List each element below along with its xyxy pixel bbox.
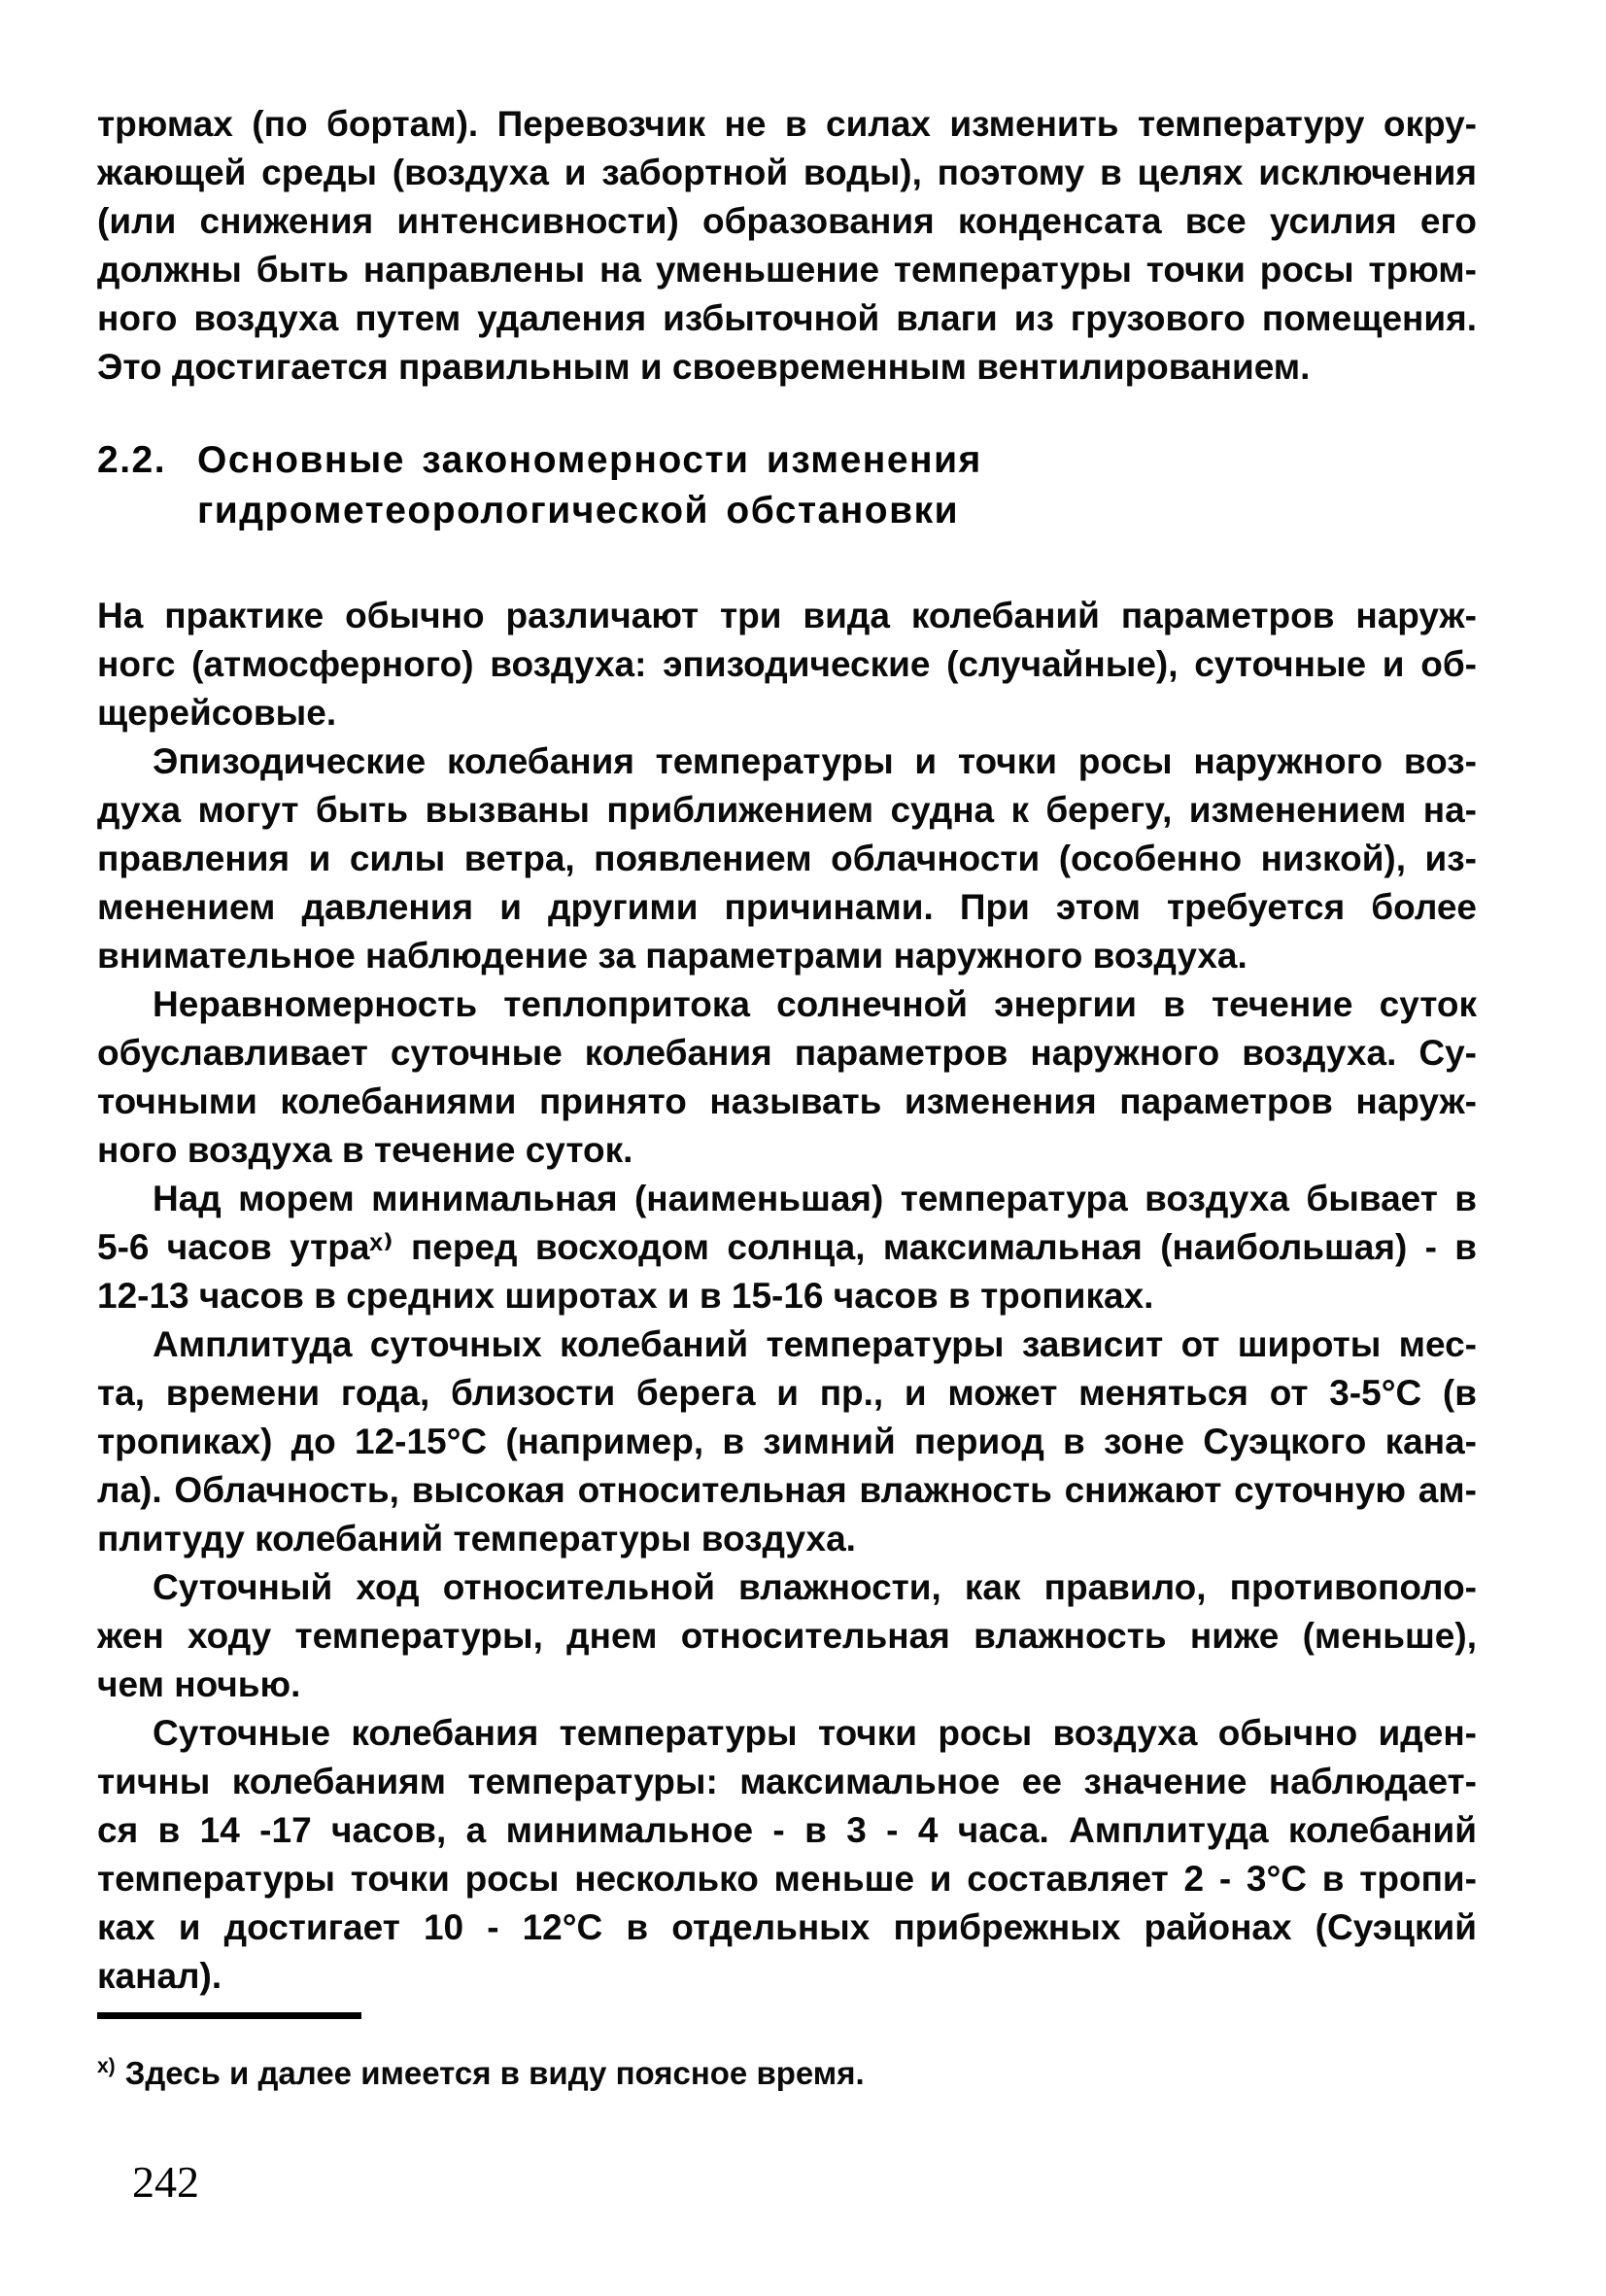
text-line: Амплитуда суточных колебаний температуры…: [97, 1320, 1477, 1369]
text-line: ного воздуха в течение суток.: [97, 1126, 1477, 1175]
paragraph: Над морем минимальная (наименьшая) темпе…: [97, 1175, 1477, 1320]
text-line: щерейсовые.: [97, 689, 1477, 737]
paragraph: Суточные колебания температуры точки рос…: [97, 1709, 1477, 2001]
text-line: канал).: [97, 1952, 1477, 2001]
text-line: обуславливает суточные колебания парамет…: [97, 1029, 1477, 1078]
section-number: 2.2.: [97, 435, 197, 536]
text-line: температуры точки росы несколько меньше …: [97, 1855, 1477, 1903]
text-line: На практике обычно различают три вида ко…: [97, 592, 1477, 640]
text-line: Неравномерность теплопритока солнечной э…: [97, 980, 1477, 1029]
text-line: Суточные колебания температуры точки рос…: [97, 1709, 1477, 1758]
section-title: Основные закономерности изменениягидроме…: [197, 435, 982, 536]
section-heading: 2.2. Основные закономерности измененияги…: [97, 435, 1477, 536]
footnote-rule: [97, 2012, 361, 2019]
paragraph: Суточный ход относительной влажности, ка…: [97, 1563, 1477, 1709]
text-line: Суточный ход относительной влажности, ка…: [97, 1563, 1477, 1612]
text-line: ся в 14 -17 часов, а минимальное - в 3 -…: [97, 1806, 1477, 1855]
text-line: Основные закономерности изменения: [197, 435, 982, 486]
text-line: тичны колебаниям температуры: максимальн…: [97, 1758, 1477, 1806]
paragraph-continuation: трюмах (по бортам). Перевозчик не в сила…: [97, 100, 1477, 392]
text-line: плитуду колебаний температуры воздуха.: [97, 1515, 1477, 1563]
text-line: трюмах (по бортам). Перевозчик не в сила…: [97, 100, 1477, 149]
footnote: х)Здесь и далее имеется в виду поясное в…: [97, 2044, 1477, 2096]
footnote-text: Здесь и далее имеется в виду поясное вре…: [125, 2055, 865, 2091]
text-line: ках и достигает 10 - 12°С в отдельных пр…: [97, 1903, 1477, 1952]
text-line: чем ночью.: [97, 1661, 1477, 1709]
text-line: та, времени года, близости берега и пр.,…: [97, 1369, 1477, 1418]
text-line: гидрометеорологической обстановки: [197, 486, 982, 536]
text-line: 5-6 часов утраˣ⁾ перед восходом солнца, …: [97, 1223, 1477, 1272]
text-line: 12-13 часов в средних широтах и в 15-16 …: [97, 1272, 1477, 1320]
text-line: духа могут быть вызваны приближением суд…: [97, 786, 1477, 835]
text-line: (или снижения интенсивности) образования…: [97, 197, 1477, 246]
paragraph: На практике обычно различают три вида ко…: [97, 592, 1477, 737]
text-line: Это достигается правильным и своевременн…: [97, 343, 1477, 392]
paragraph: Амплитуда суточных колебаний температуры…: [97, 1320, 1477, 1563]
text-column: трюмах (по бортам). Перевозчик не в сила…: [97, 0, 1477, 2208]
text-line: ного воздуха путем удаления избыточной в…: [97, 294, 1477, 343]
text-line: жающей среды (воздуха и забортной воды),…: [97, 149, 1477, 197]
text-line: тропиках) до 12-15°С (например, в зимний…: [97, 1418, 1477, 1466]
text-line: ла). Облачность, высокая относительная в…: [97, 1466, 1477, 1515]
paragraph: Неравномерность теплопритока солнечной э…: [97, 980, 1477, 1175]
text-line: должны быть направлены на уменьшение тем…: [97, 246, 1477, 294]
text-line: менением давления и другими причинами. П…: [97, 883, 1477, 932]
book-page: трюмах (по бортам). Перевозчик не в сила…: [0, 0, 1606, 2296]
text-line: точными колебаниями принято называть изм…: [97, 1078, 1477, 1126]
text-line: ногс (атмосферного) воздуха: эпизодическ…: [97, 640, 1477, 689]
text-line: Эпизодические колебания температуры и то…: [97, 737, 1477, 786]
footnote-marker: х): [97, 2055, 116, 2077]
text-line: жен ходу температуры, днем относительная…: [97, 1612, 1477, 1661]
paragraph: Эпизодические колебания температуры и то…: [97, 737, 1477, 980]
text-line: правления и силы ветра, появлением облач…: [97, 835, 1477, 883]
text-line: внимательное наблюдение за параметрами н…: [97, 932, 1477, 980]
page-number: 242: [132, 2156, 1477, 2208]
text-line: Над морем минимальная (наименьшая) темпе…: [97, 1175, 1477, 1223]
